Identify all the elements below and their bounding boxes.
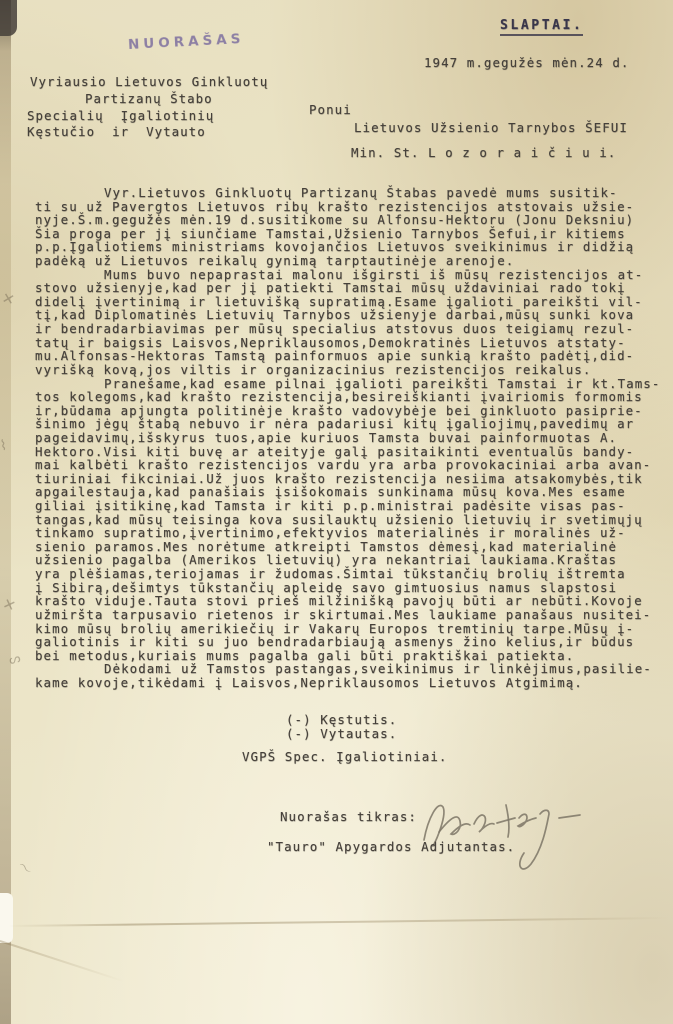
scan-left-edge [0, 0, 11, 1024]
typed-line: tį,kad Diplomatinės Lietuvių Tarnybos už… [35, 308, 660, 322]
sender-line: Partizanų Štabo [85, 91, 268, 108]
typed-line: užmiršta tarpusavio rietenos ir skirtuma… [35, 608, 660, 622]
sender-line: Vyriausio Lietuvos Ginkluotų [30, 74, 268, 91]
typed-line: p.p.Įgaliotiems ministriams kovojančios … [35, 240, 660, 254]
typed-line: tiuriniai fikciniai.Už juos krašto rezis… [35, 472, 660, 486]
typed-line: tinkamo supratimo,įvertinimo,efektyvios … [35, 526, 660, 540]
fold-crease [8, 917, 668, 927]
typed-line: Vyr.Lietuvos Ginkluotų Partizanų Štabas … [35, 186, 660, 200]
typed-line: nyje.Š.m.gegužės mėn.19 d.susitikome su … [35, 213, 660, 227]
typed-line: bei metodus,kuriais mums pagalba gali bū… [35, 649, 660, 663]
signed-name-line: (-) Kęstutis. [286, 713, 397, 727]
signed-name-line: (-) Vytautas. [286, 727, 397, 741]
body-lines: Vyr.Lietuvos Ginkluotų Partizanų Štabas … [35, 186, 660, 690]
recipient-name: Min. St. L o z o r a i č i u i. [351, 145, 616, 160]
signed-names-block: (-) Kęstutis.(-) Vytautas. [286, 713, 397, 741]
recipient-organization: Lietuvos Užsienio Tarnybos ŠEFUI [354, 120, 628, 135]
typed-line: tangas,kad mūsų teisinga kova susilauktų… [35, 513, 660, 527]
typed-line: pageidavimų,išskyrus tuos,apie kuriuos T… [35, 431, 660, 445]
nuorasas-stamp: NUORAŠAS [128, 31, 245, 53]
typed-line: apgailestauja,kad panašiais įsišokomais … [35, 485, 660, 499]
typed-line: šinimo jėgų štabą nebuvo ir nėra padariu… [35, 417, 660, 431]
typed-line: Dėkodami už Tamstos pastangas,sveikinimu… [35, 662, 660, 676]
certifier-title-line: "Tauro" Apygardos Adjutantas. [267, 839, 515, 854]
pencil-mark: 〜 [13, 856, 37, 880]
typed-line: giliai įsitikinę,kad Tamsta ir kiti p.p.… [35, 499, 660, 513]
typed-line: į Sibirą,dešimtys tūkstančių apleidę sav… [35, 581, 660, 595]
typed-line: Hektoro.Visi kiti buvę ar ateityje galį … [35, 445, 660, 459]
pencil-mark: ✕ [0, 289, 17, 310]
typed-line: kimo mūsų brolių amerikiečių ir Vakarų E… [35, 622, 660, 636]
typed-line: vyrišką kovą,jos viltis ir organizaciniu… [35, 363, 660, 377]
handwritten-signature [418, 788, 588, 888]
typed-line: tos kolegoms,kad krašto rezistencija,bes… [35, 390, 660, 404]
typed-line: tatų ir baigsis Laisvos,Nepriklausomos,D… [35, 336, 660, 350]
typed-line: Pranešame,kad esame pilnai įgalioti pare… [35, 377, 660, 391]
scanned-letter-page: ✕ ⌇ ✕ ᔕ 〜 SLAPTAI. NUORAŠAS 1947 m.geguž… [0, 0, 673, 1024]
certification-label: Nuorašas tikras: [280, 809, 417, 824]
sender-line: Kęstučio ir Vytauto [27, 124, 268, 141]
fold-crease-corner [0, 940, 124, 982]
typed-line: Mums buvo nepaprastai malonu išgirsti iš… [35, 268, 660, 282]
typed-line: kame kovoje,tikėdami į Laisvos,Nepriklau… [35, 676, 660, 690]
typed-line: Šia proga per jį siunčiame Tamstai,Užsie… [35, 227, 660, 241]
recipient-salutation: Ponui [309, 102, 352, 117]
organization-line: VGPŠ Spec. Įgaliotiniai. [242, 749, 447, 764]
typed-line: ir bendradarbiavimas per mūsų specialius… [35, 322, 660, 336]
secrecy-label: SLAPTAI. [500, 18, 583, 36]
typed-line: yra plėšiamas,teriojamas ir žudomas.Šimt… [35, 567, 660, 581]
typed-line: ir,būdama apjungta politinėje krašto vad… [35, 404, 660, 418]
paper-tear-notch [0, 893, 13, 943]
sender-block: Vyriausio Lietuvos GinkluotųPartizanų Št… [27, 74, 268, 141]
typed-line: padėką už Lietuvos reikalų gynimą tarpta… [35, 254, 660, 268]
typed-line: mai kalbėti krašto rezistencijos vardu y… [35, 458, 660, 472]
typed-line: mu.Alfonsas-Hektoras Tamstą painformuos … [35, 349, 660, 363]
typed-line: stovo užsienyje,kad per jį patiekti Tams… [35, 281, 660, 295]
typed-line: didelį įvertinimą ir lietuvišką supratim… [35, 295, 660, 309]
typed-line: krašto viduje.Tauta stovi prieš milžiniš… [35, 594, 660, 608]
sender-line: Specialių Įgaliotinių [27, 108, 268, 125]
date-line: 1947 m.gegužės mėn.24 d. [424, 55, 629, 70]
typed-line: sienio paramos.Mes norėtume atkreipti Ta… [35, 540, 660, 554]
pencil-mark: ᔕ [8, 651, 22, 668]
typed-line: galiotinis ir kiti su juo bendradarbiauj… [35, 635, 660, 649]
scan-corner-shadow [0, 0, 17, 36]
